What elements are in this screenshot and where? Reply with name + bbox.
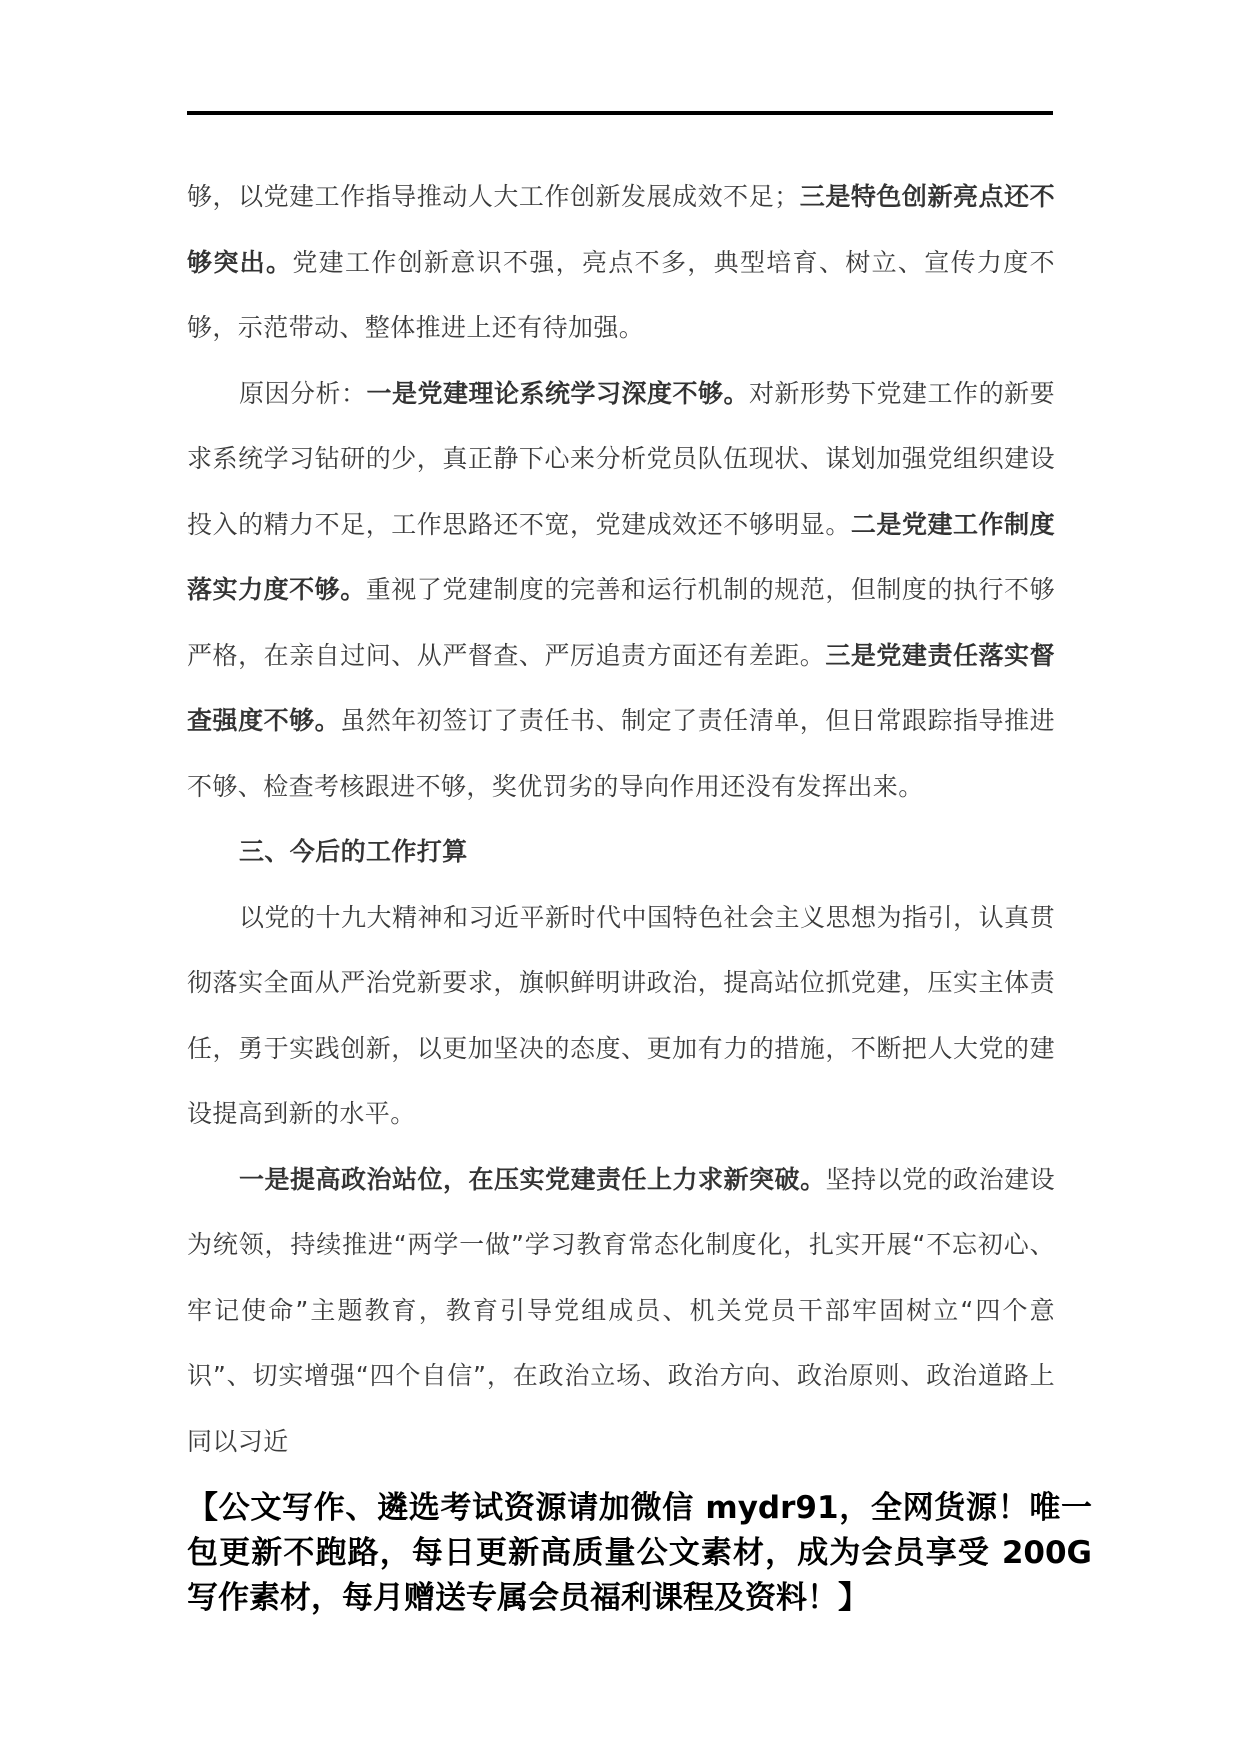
run-1-3: 党建工作创新意识不强，亮点不多，典型培育、树立、宣传力度不够，示范带动、整体推进… — [187, 248, 1055, 343]
run-4-1: 以党的十九大精神和习近平新时代中国特色社会主义思想为指引，认真贯彻落实全面从严治… — [187, 903, 1055, 1129]
run-2-1: 原因分析： — [239, 379, 367, 408]
section-heading-text: 三、今后的工作打算 — [239, 837, 468, 866]
run-1-1: 够，以党建工作指导推动人大工作创新发展成效不足； — [187, 182, 800, 211]
run-2-2-bold: 一是党建理论系统学习深度不够。 — [367, 379, 750, 408]
paragraph-1: 够，以党建工作指导推动人大工作创新发展成效不足；三是特色创新亮点还不够突出。党建… — [187, 164, 1055, 361]
section-heading: 三、今后的工作打算 — [187, 819, 1055, 885]
paragraph-plan-1: 一是提高政治站位，在压实党建责任上力求新突破。坚持以党的政治建设为统领，持续推进… — [187, 1147, 1055, 1475]
promo-banner: 【公文写作、遴选考试资源请加微信 mydr91，全网货源！唯一包更新不跑路，每日… — [187, 1486, 1092, 1621]
run-5-1-bold: 一是提高政治站位，在压实党建责任上力求新突破。 — [239, 1165, 826, 1194]
header-rule — [187, 111, 1053, 115]
run-5-2: 坚持以党的政治建设为统领，持续推进“两学一做”学习教育常态化制度化，扎实开展“不… — [187, 1165, 1055, 1456]
paragraph-plan-intro: 以党的十九大精神和习近平新时代中国特色社会主义思想为指引，认真贯彻落实全面从严治… — [187, 885, 1055, 1147]
paragraph-cause-analysis: 原因分析：一是党建理论系统学习深度不够。对新形势下党建工作的新要求系统学习钻研的… — [187, 361, 1055, 820]
document-body: 够，以党建工作指导推动人大工作创新发展成效不足；三是特色创新亮点还不够突出。党建… — [187, 164, 1055, 1474]
